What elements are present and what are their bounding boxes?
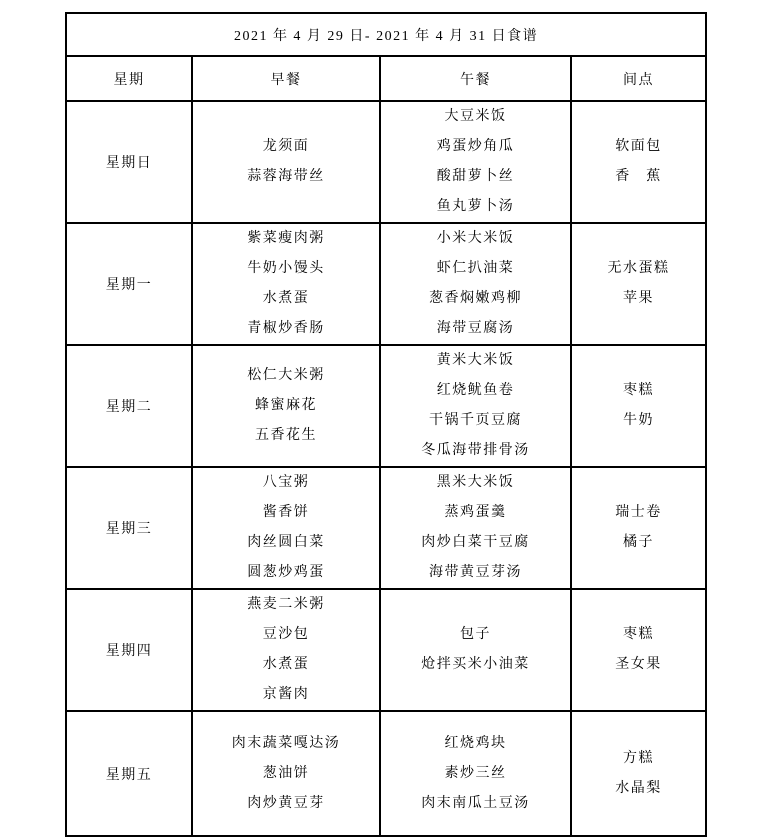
menu-item-list: 燕麦二米粥豆沙包水煮蛋京酱肉 [193,590,379,710]
day-cell: 星期五 [66,711,192,836]
menu-item: 圣女果 [572,650,705,680]
menu-item-list: 黑米大米饭蒸鸡蛋羹肉炒白菜干豆腐海带黄豆芽汤 [381,468,570,588]
column-header-day: 星期 [66,56,192,101]
menu-item: 京酱肉 [193,680,379,710]
column-header-snack: 间点 [571,56,706,101]
menu-item: 干锅千页豆腐 [381,406,570,436]
menu-item: 豆沙包 [193,620,379,650]
menu-item: 酱香饼 [193,498,379,528]
menu-item: 黑米大米饭 [381,468,570,498]
breakfast-cell: 肉末蔬菜嘎达汤葱油饼肉炒黄豆芽 [192,711,380,836]
menu-item-list: 包子炝拌买米小油菜 [381,620,570,680]
menu-item-list: 紫菜瘦肉粥牛奶小馒头水煮蛋青椒炒香肠 [193,224,379,344]
menu-item: 红烧鸡块 [381,729,570,759]
menu-item-list: 八宝粥酱香饼肉丝圆白菜圆葱炒鸡蛋 [193,468,379,588]
snack-cell: 枣糕牛奶 [571,345,706,467]
document-page: 2021 年 4 月 29 日- 2021 年 4 月 31 日食谱 星期 早餐… [0,0,772,807]
menu-item: 葱油饼 [193,759,379,789]
menu-item: 圆葱炒鸡蛋 [193,558,379,588]
menu-item: 酸甜萝卜丝 [381,162,570,192]
day-cell: 星期一 [66,223,192,345]
menu-item-list: 软面包香 蕉 [572,132,705,192]
menu-item-list: 肉末蔬菜嘎达汤葱油饼肉炒黄豆芽 [193,729,379,819]
lunch-cell: 包子炝拌买米小油菜 [380,589,571,711]
table-row: 星期日 龙须面蒜蓉海带丝 大豆米饭鸡蛋炒角瓜酸甜萝卜丝鱼丸萝卜汤 软面包香 蕉 [66,101,706,223]
menu-item: 八宝粥 [193,468,379,498]
menu-item: 小米大米饭 [381,224,570,254]
table-title: 2021 年 4 月 29 日- 2021 年 4 月 31 日食谱 [66,13,706,56]
day-cell: 星期四 [66,589,192,711]
menu-item: 海带豆腐汤 [381,314,570,344]
menu-item-list: 松仁大米粥蜂蜜麻花五香花生 [193,361,379,451]
menu-item: 枣糕 [572,376,705,406]
lunch-cell: 小米大米饭虾仁扒油菜葱香焖嫩鸡柳海带豆腐汤 [380,223,571,345]
menu-item: 水煮蛋 [193,284,379,314]
menu-item-list: 方糕水晶梨 [572,744,705,804]
menu-item: 葱香焖嫩鸡柳 [381,284,570,314]
menu-item: 肉丝圆白菜 [193,528,379,558]
menu-item: 包子 [381,620,570,650]
menu-item: 素炒三丝 [381,759,570,789]
breakfast-cell: 龙须面蒜蓉海带丝 [192,101,380,223]
menu-item: 水晶梨 [572,774,705,804]
menu-item: 燕麦二米粥 [193,590,379,620]
menu-item: 五香花生 [193,421,379,451]
lunch-cell: 大豆米饭鸡蛋炒角瓜酸甜萝卜丝鱼丸萝卜汤 [380,101,571,223]
menu-item: 牛奶小馒头 [193,254,379,284]
lunch-cell: 黄米大米饭红烧鱿鱼卷干锅千页豆腐冬瓜海带排骨汤 [380,345,571,467]
snack-cell: 无水蛋糕苹果 [571,223,706,345]
snack-cell: 软面包香 蕉 [571,101,706,223]
day-cell: 星期二 [66,345,192,467]
breakfast-cell: 燕麦二米粥豆沙包水煮蛋京酱肉 [192,589,380,711]
column-header-lunch: 午餐 [380,56,571,101]
menu-table: 2021 年 4 月 29 日- 2021 年 4 月 31 日食谱 星期 早餐… [65,12,707,837]
menu-item: 黄米大米饭 [381,346,570,376]
menu-item: 水煮蛋 [193,650,379,680]
menu-item: 海带黄豆芽汤 [381,558,570,588]
menu-item: 青椒炒香肠 [193,314,379,344]
menu-item: 大豆米饭 [381,102,570,132]
breakfast-cell: 八宝粥酱香饼肉丝圆白菜圆葱炒鸡蛋 [192,467,380,589]
menu-item: 苹果 [572,284,705,314]
menu-item-list: 无水蛋糕苹果 [572,254,705,314]
menu-item: 肉炒白菜干豆腐 [381,528,570,558]
menu-item: 龙须面 [193,132,379,162]
menu-item: 无水蛋糕 [572,254,705,284]
menu-item: 肉末蔬菜嘎达汤 [193,729,379,759]
breakfast-cell: 紫菜瘦肉粥牛奶小馒头水煮蛋青椒炒香肠 [192,223,380,345]
menu-item: 牛奶 [572,406,705,436]
menu-item-list: 枣糕牛奶 [572,376,705,436]
menu-item: 松仁大米粥 [193,361,379,391]
menu-item-list: 瑞士卷橘子 [572,498,705,558]
menu-item: 肉末南瓜土豆汤 [381,789,570,819]
menu-item: 软面包 [572,132,705,162]
menu-item: 鸡蛋炒角瓜 [381,132,570,162]
day-cell: 星期日 [66,101,192,223]
menu-item-list: 大豆米饭鸡蛋炒角瓜酸甜萝卜丝鱼丸萝卜汤 [381,102,570,222]
snack-cell: 瑞士卷橘子 [571,467,706,589]
menu-item: 蜂蜜麻花 [193,391,379,421]
menu-item: 蒜蓉海带丝 [193,162,379,192]
menu-item-list: 枣糕圣女果 [572,620,705,680]
menu-item: 炝拌买米小油菜 [381,650,570,680]
breakfast-cell: 松仁大米粥蜂蜜麻花五香花生 [192,345,380,467]
menu-item: 方糕 [572,744,705,774]
snack-cell: 方糕水晶梨 [571,711,706,836]
table-row: 星期一 紫菜瘦肉粥牛奶小馒头水煮蛋青椒炒香肠 小米大米饭虾仁扒油菜葱香焖嫩鸡柳海… [66,223,706,345]
lunch-cell: 黑米大米饭蒸鸡蛋羹肉炒白菜干豆腐海带黄豆芽汤 [380,467,571,589]
menu-item-list: 龙须面蒜蓉海带丝 [193,132,379,192]
menu-item: 冬瓜海带排骨汤 [381,436,570,466]
menu-item: 鱼丸萝卜汤 [381,192,570,222]
menu-item: 紫菜瘦肉粥 [193,224,379,254]
menu-item: 枣糕 [572,620,705,650]
header-row: 星期 早餐 午餐 间点 [66,56,706,101]
table-row: 星期五 肉末蔬菜嘎达汤葱油饼肉炒黄豆芽 红烧鸡块素炒三丝肉末南瓜土豆汤 方糕水晶… [66,711,706,836]
lunch-cell: 红烧鸡块素炒三丝肉末南瓜土豆汤 [380,711,571,836]
table-row: 星期四 燕麦二米粥豆沙包水煮蛋京酱肉 包子炝拌买米小油菜 枣糕圣女果 [66,589,706,711]
column-header-breakfast: 早餐 [192,56,380,101]
menu-item: 红烧鱿鱼卷 [381,376,570,406]
title-row: 2021 年 4 月 29 日- 2021 年 4 月 31 日食谱 [66,13,706,56]
menu-item: 香 蕉 [572,162,705,192]
menu-item: 肉炒黄豆芽 [193,789,379,819]
menu-item: 虾仁扒油菜 [381,254,570,284]
menu-item: 蒸鸡蛋羹 [381,498,570,528]
table-row: 星期三 八宝粥酱香饼肉丝圆白菜圆葱炒鸡蛋 黑米大米饭蒸鸡蛋羹肉炒白菜干豆腐海带黄… [66,467,706,589]
menu-item-list: 黄米大米饭红烧鱿鱼卷干锅千页豆腐冬瓜海带排骨汤 [381,346,570,466]
table-row: 星期二 松仁大米粥蜂蜜麻花五香花生 黄米大米饭红烧鱿鱼卷干锅千页豆腐冬瓜海带排骨… [66,345,706,467]
menu-item: 瑞士卷 [572,498,705,528]
day-cell: 星期三 [66,467,192,589]
menu-item: 橘子 [572,528,705,558]
snack-cell: 枣糕圣女果 [571,589,706,711]
menu-item-list: 小米大米饭虾仁扒油菜葱香焖嫩鸡柳海带豆腐汤 [381,224,570,344]
menu-item-list: 红烧鸡块素炒三丝肉末南瓜土豆汤 [381,729,570,819]
